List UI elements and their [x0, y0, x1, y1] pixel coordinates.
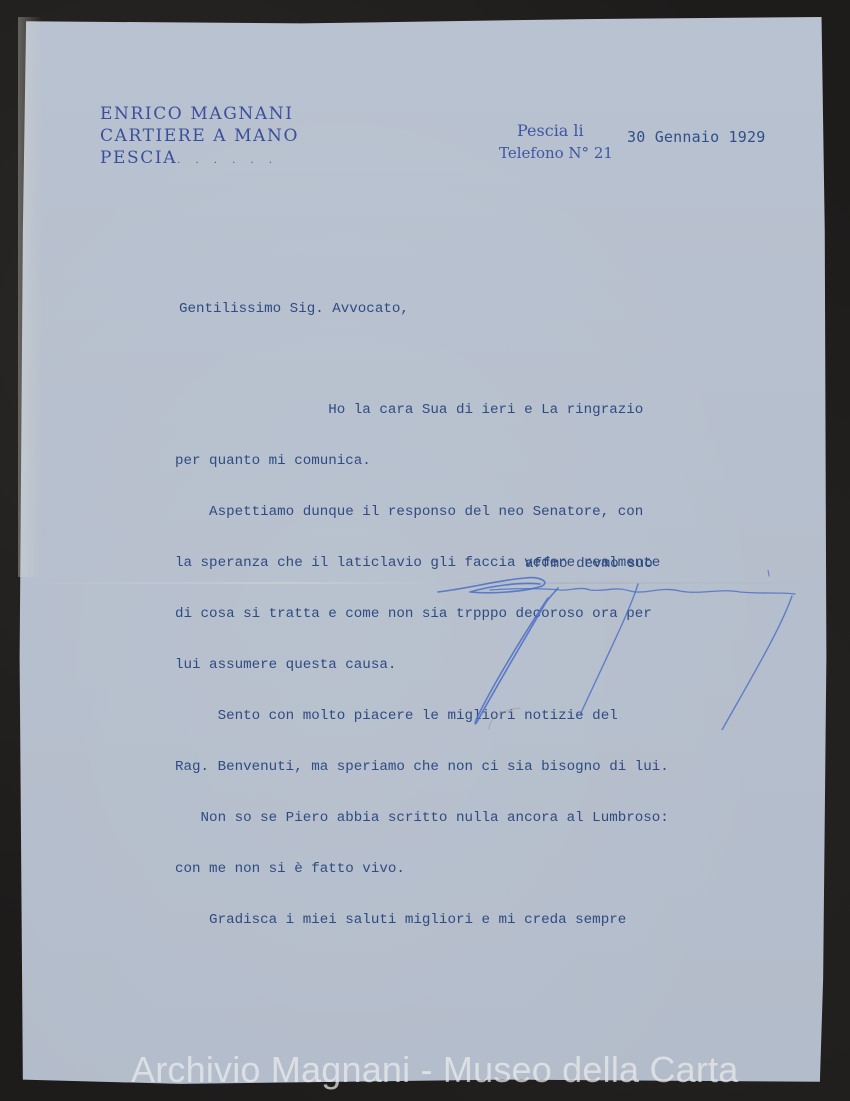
- letterhead-place: Pescia li: [517, 121, 584, 140]
- letterhead-dots: . . . . . .: [177, 155, 278, 166]
- letterhead-subtitle: CARTIERE A MANO: [100, 125, 299, 147]
- body-line: Rag. Benvenuti, ma speriamo che non ci s…: [175, 759, 669, 776]
- body-line: per quanto mi comunica.: [175, 453, 669, 470]
- body-line: Non so se Piero abbia scritto nulla anco…: [175, 810, 669, 827]
- body-line: Ho la cara Sua di ieri e La ringrazio: [175, 402, 669, 419]
- letter-salutation: Gentilissimo Sig. Avvocato,: [179, 301, 409, 318]
- letterhead-city: PESCIA. . . . . .: [100, 147, 299, 172]
- letterhead-company: ENRICO MAGNANI: [100, 103, 299, 125]
- signature: [430, 570, 800, 730]
- body-line: Gradisca i miei saluti migliori e mi cre…: [175, 912, 669, 929]
- archive-watermark: Archivio Magnani - Museo della Carta: [131, 1049, 738, 1091]
- letter-date: 30 Gennaio 1929: [627, 128, 765, 146]
- letterhead-phone: Telefono N° 21: [499, 144, 613, 162]
- letterhead: ENRICO MAGNANI CARTIERE A MANO PESCIA. .…: [100, 103, 299, 172]
- body-line: Aspettiamo dunque il responso del neo Se…: [175, 504, 669, 521]
- body-line: con me non si è fatto vivo.: [175, 861, 669, 878]
- paper-edge-shading: [18, 17, 42, 577]
